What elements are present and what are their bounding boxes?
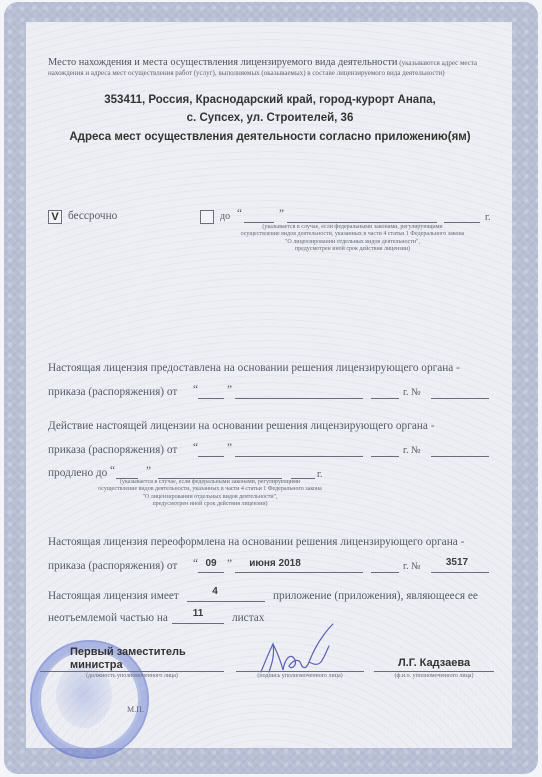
address-line-1: 353411, Россия, Краснодарский край, горо… <box>40 94 500 106</box>
position-caption: (должность уполномоченного лица) <box>40 673 224 680</box>
extended-order-label: приказа (распоряжения) от <box>48 444 177 456</box>
name-line <box>374 671 494 672</box>
extended-month-field[interactable] <box>235 456 363 457</box>
reissued-month-field[interactable] <box>235 572 363 573</box>
handwritten-signature <box>255 622 365 678</box>
appendix-sheets-field[interactable] <box>172 623 224 624</box>
position-line <box>40 671 224 672</box>
signer-position-line: Первый заместитель <box>70 646 186 659</box>
extended-note-line: предусмотрен иной срок действия лицензии… <box>80 501 340 508</box>
appendix-prefix: Настоящая лицензия имеет <box>48 590 179 602</box>
extended-note: (указывается в случае, если федеральными… <box>80 479 340 509</box>
granted-number-label: г. № <box>403 387 421 398</box>
extended-year-field[interactable] <box>371 456 399 457</box>
extended-note-line: осуществление видов деятельности, указан… <box>80 486 340 493</box>
extended-number-field[interactable] <box>431 456 489 457</box>
reissued-basis-text: Настоящая лицензия переоформлена на осно… <box>48 536 464 548</box>
extended-day-field[interactable] <box>198 456 224 457</box>
appendix-count-value: 4 <box>187 586 243 597</box>
unlimited-checkbox[interactable]: V <box>48 210 62 224</box>
reissued-number-value: 3517 <box>431 557 483 568</box>
reissued-day-value: 09 <box>198 558 224 569</box>
until-year-suffix: г. <box>485 212 490 223</box>
granted-number-field[interactable] <box>431 398 489 399</box>
reissued-number-label: г. № <box>403 561 421 572</box>
until-date-checkbox[interactable] <box>200 210 214 224</box>
extended-note-line: (указывается в случае, если федеральными… <box>80 479 340 486</box>
extended-until-label: продлено до <box>48 467 107 479</box>
stamp-place-label: М.П. <box>127 705 144 714</box>
appendix-count-field[interactable] <box>187 601 265 602</box>
extended-basis-text: Действие настоящей лицензии на основании… <box>48 420 435 432</box>
unlimited-label: бессрочно <box>68 210 117 222</box>
reissued-day-field[interactable] <box>198 572 224 573</box>
validity-note-line: осуществление видов деятельности, указан… <box>215 231 490 238</box>
granted-month-field[interactable] <box>235 398 363 399</box>
granted-day-field[interactable] <box>198 398 224 399</box>
granted-year-field[interactable] <box>371 398 399 399</box>
until-day-field[interactable] <box>244 222 274 223</box>
reissued-number-field[interactable] <box>431 572 489 573</box>
validity-note: (указывается в случае, если федеральными… <box>215 224 490 254</box>
extended-number-label: г. № <box>403 445 421 456</box>
validity-note-line: предусмотрен иной срок действия лицензии… <box>215 246 490 253</box>
signature-line <box>236 671 364 672</box>
validity-note-line: (указывается в случае, если федеральными… <box>215 224 490 231</box>
appendix-sheets-prefix: неотъемлемой частью на <box>48 612 168 624</box>
signer-name: Л.Г. Кадзаева <box>374 657 494 669</box>
location-heading: Место нахождения и места осуществления л… <box>48 57 397 68</box>
reissued-order-label: приказа (распоряжения) от <box>48 560 177 572</box>
signer-position: Первый заместитель министра <box>70 646 186 672</box>
granted-basis-text: Настоящая лицензия предоставлена на осно… <box>48 362 460 374</box>
location-heading-block: Место нахождения и места осуществления л… <box>48 58 508 78</box>
until-month-field[interactable] <box>287 222 437 223</box>
until-year-field[interactable] <box>444 222 480 223</box>
name-caption: (ф.и.о. уполномоченного лица) <box>374 673 494 680</box>
granted-order-label: приказа (распоряжения) от <box>48 386 177 398</box>
appendix-suffix: приложение (приложения), являющееся ее <box>273 590 478 602</box>
reissued-year-field[interactable] <box>371 572 399 573</box>
address-line-3: Адреса мест осуществления деятельности с… <box>40 131 500 143</box>
until-open-quote: “ <box>237 208 242 220</box>
reissued-month-value: июня 2018 <box>235 558 315 569</box>
until-label: до <box>220 211 230 222</box>
until-close-quote: ” <box>279 208 284 220</box>
address-line-2: с. Супсех, ул. Строителей, 36 <box>40 112 500 124</box>
signature-caption: (подпись уполномоченного лица) <box>236 673 364 680</box>
appendix-sheets-value: 11 <box>172 608 224 619</box>
